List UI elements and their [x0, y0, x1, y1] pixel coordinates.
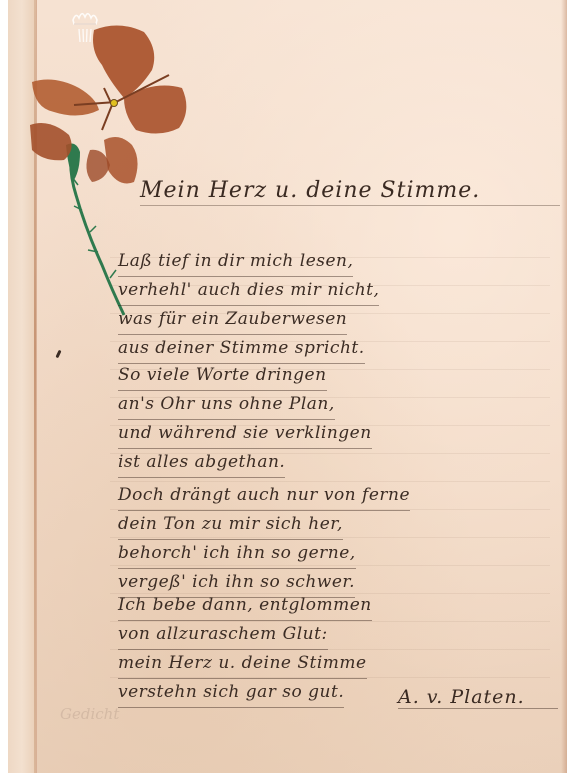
author-signature: A. v. Platen.	[398, 686, 558, 709]
poem-line: von allzuraschem Glut:	[118, 621, 328, 650]
poem-line: an's Ohr uns ohne Plan,	[118, 391, 335, 420]
poem-line: und während sie verklingen	[118, 420, 372, 449]
poem-line: behorch' ich ihn so gerne,	[118, 540, 356, 569]
poem-line: mein Herz u. deine Stimme	[118, 650, 367, 679]
poem-line: was für ein Zauberwesen	[118, 306, 347, 335]
poem-line: ist alles abgethan.	[118, 449, 285, 478]
poem-line: dein Ton zu mir sich her,	[118, 511, 343, 540]
poem-line: verstehn sich gar so gut.	[118, 679, 344, 708]
stanza-3: Doch drängt auch nur von ferne dein Ton …	[118, 482, 548, 598]
page-edge	[561, 0, 567, 773]
stanza-2: So viele Worte dringen an's Ohr uns ohne…	[118, 362, 548, 478]
poem-title: Mein Herz u. deine Stimme.	[140, 178, 560, 206]
poem-line: verhehl' auch dies mir nicht,	[118, 277, 379, 306]
poem-line: So viele Worte dringen	[118, 362, 327, 391]
poem-line: Laß tief in dir mich lesen,	[118, 248, 353, 277]
bleed-through-text: Gedicht	[60, 705, 119, 723]
stanza-1: Laß tief in dir mich lesen, verhehl' auc…	[118, 248, 548, 364]
poem-line: aus deiner Stimme spricht.	[118, 335, 365, 364]
poem-line: Ich bebe dann, entglommen	[118, 592, 372, 621]
poem-line: Doch drängt auch nur von ferne	[118, 482, 410, 511]
